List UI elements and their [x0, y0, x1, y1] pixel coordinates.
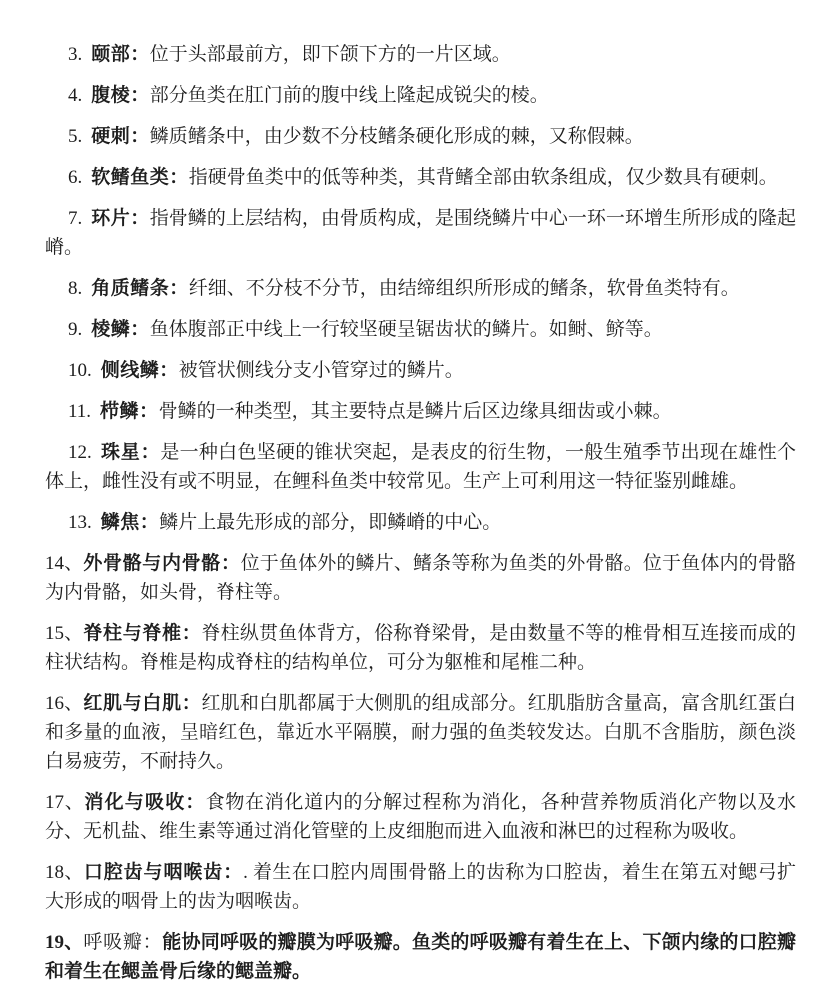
definition-text: 纤细、不分枝不分节，由结缔组织所形成的鳍条，软骨鱼类特有。: [189, 278, 740, 299]
definition-item: 15、脊柱与脊椎：脊柱纵贯鱼体背方，俗称脊梁骨，是由数量不等的椎骨相互连接而成的…: [45, 619, 796, 677]
item-number: 14、: [45, 553, 83, 574]
term-label: 软鳍鱼类: [91, 167, 169, 188]
item-number: 3.: [68, 44, 91, 65]
item-number: 15、: [45, 623, 83, 644]
definition-item: 16、红肌与白肌：红肌和白肌都属于大侧肌的组成部分。红肌脂肪含量高，富含肌红蛋白…: [45, 689, 796, 776]
definition-item: 19、呼吸瓣：能协同呼吸的瓣膜为呼吸瓣。鱼类的呼吸瓣有着生在上、下颌内缘的口腔瓣…: [45, 928, 796, 986]
item-number: 13.: [68, 512, 101, 533]
term-colon: ：: [141, 442, 161, 463]
definition-list: 3.颐部：位于头部最前方，即下颌下方的一片区域。4.腹棱：部分鱼类在肛门前的腹中…: [45, 40, 796, 986]
definition-item: 6.软鳍鱼类：指硬骨鱼类中的低等种类，其背鳍全部由软条组成，仅少数具有硬刺。: [45, 163, 796, 192]
definition-text: 指硬骨鱼类中的低等种类，其背鳍全部由软条组成，仅少数具有硬刺。: [189, 167, 778, 188]
item-number: 6.: [68, 167, 91, 188]
definition-item: 3.颐部：位于头部最前方，即下颌下方的一片区域。: [45, 40, 796, 69]
term-colon: ：: [139, 401, 159, 422]
item-number: 11.: [68, 401, 100, 422]
term-colon: ：: [182, 623, 202, 644]
term-label: 红肌与白肌: [83, 693, 181, 714]
term-colon: ：: [130, 126, 150, 147]
definition-item: 7.环片：指骨鳞的上层结构，由骨质构成，是围绕鳞片中心一环一环增生所形成的隆起嵴…: [45, 204, 796, 262]
definition-item: 12.珠星：是一种白色坚硬的锥状突起，是表皮的衍生物，一般生殖季节出现在雄性个体…: [45, 438, 796, 496]
definition-text: 部分鱼类在肛门前的腹中线上隆起成锐尖的棱。: [150, 85, 549, 106]
term-label: 栉鳞: [100, 401, 139, 422]
term-label: 消化与吸收: [84, 792, 185, 813]
definition-item: 14、外骨骼与内骨骼：位于鱼体外的鳞片、鳍条等称为鱼类的外骨骼。位于鱼体内的骨骼…: [45, 549, 796, 607]
term-label: 鳞焦: [101, 512, 140, 533]
definition-item: 18、口腔齿与咽喉齿：. 着生在口腔内周围骨骼上的齿称为口腔齿，着生在第五对鳃弓…: [45, 858, 796, 916]
term-colon: ：: [130, 85, 150, 106]
item-number: 17、: [45, 792, 84, 813]
definition-item: 9.棱鳞：鱼体腹部正中线上一行较坚硬呈锯齿状的鳞片。如鲥、鲚等。: [45, 315, 796, 344]
definition-item: 4.腹棱：部分鱼类在肛门前的腹中线上隆起成锐尖的棱。: [45, 81, 796, 110]
definition-text: 鳞片上最先形成的部分，即鳞嵴的中心。: [159, 512, 501, 533]
definition-item: 17、消化与吸收：食物在消化道内的分解过程称为消化，各种营养物质消化产物以及水分…: [45, 788, 796, 846]
item-number: 10.: [68, 360, 101, 381]
document-page: 3.颐部：位于头部最前方，即下颌下方的一片区域。4.腹棱：部分鱼类在肛门前的腹中…: [0, 0, 840, 990]
term-colon: ：: [130, 208, 150, 229]
term-colon: ：: [143, 932, 163, 953]
term-colon: ：: [185, 792, 205, 813]
definition-text: 被管状侧线分支小管穿过的鳞片。: [179, 360, 464, 381]
definition-text: 鳞质鳍条中，由少数不分枝鳍条硬化形成的棘，又称假棘。: [150, 126, 644, 147]
term-label: 侧线鳞: [101, 360, 160, 381]
term-label: 硬刺: [91, 126, 130, 147]
definition-item: 5.硬刺：鳞质鳍条中，由少数不分枝鳍条硬化形成的棘，又称假棘。: [45, 122, 796, 151]
term-label: 颐部: [91, 44, 130, 65]
definition-item: 8.角质鳍条：纤细、不分枝不分节，由结缔组织所形成的鳍条，软骨鱼类特有。: [45, 274, 796, 303]
term-label: 珠星: [101, 442, 141, 463]
item-number: 19、: [45, 932, 83, 953]
term-label: 棱鳞: [91, 319, 130, 340]
term-colon: ：: [169, 278, 189, 299]
term-colon: ：: [221, 553, 241, 574]
item-number: 18、: [45, 862, 84, 883]
item-number: 9.: [68, 319, 91, 340]
term-colon: ：: [182, 693, 202, 714]
item-number: 4.: [68, 85, 91, 106]
term-colon: ：: [140, 512, 160, 533]
term-colon: ：: [159, 360, 179, 381]
term-colon: ：: [130, 44, 150, 65]
definition-item: 10.侧线鳞：被管状侧线分支小管穿过的鳞片。: [45, 356, 796, 385]
term-label: 呼吸瓣: [83, 932, 142, 953]
definition-text: 指骨鳞的上层结构，由骨质构成，是围绕鳞片中心一环一环增生所形成的隆起嵴。: [45, 208, 796, 258]
term-colon: ：: [130, 319, 150, 340]
definition-item: 13.鳞焦：鳞片上最先形成的部分，即鳞嵴的中心。: [45, 508, 796, 537]
term-label: 外骨骼与内骨骼: [83, 553, 221, 574]
definition-text: 位于头部最前方，即下颌下方的一片区域。: [150, 44, 511, 65]
item-number: 7.: [68, 208, 91, 229]
term-label: 环片: [91, 208, 130, 229]
item-number: 8.: [68, 278, 91, 299]
definition-item: 11.栉鳞：骨鳞的一种类型，其主要特点是鳞片后区边缘具细齿或小棘。: [45, 397, 796, 426]
term-colon: ：: [223, 862, 243, 883]
term-colon: ：: [169, 167, 189, 188]
item-number: 12.: [68, 442, 101, 463]
term-label: 脊柱与脊椎: [83, 623, 181, 644]
term-label: 口腔齿与咽喉齿: [84, 862, 223, 883]
term-label: 角质鳍条: [91, 278, 169, 299]
term-label: 腹棱: [91, 85, 130, 106]
definition-text: 骨鳞的一种类型，其主要特点是鳞片后区边缘具细齿或小棘。: [159, 401, 672, 422]
item-number: 16、: [45, 693, 83, 714]
definition-text: 鱼体腹部正中线上一行较坚硬呈锯齿状的鳞片。如鲥、鲚等。: [150, 319, 663, 340]
item-number: 5.: [68, 126, 91, 147]
